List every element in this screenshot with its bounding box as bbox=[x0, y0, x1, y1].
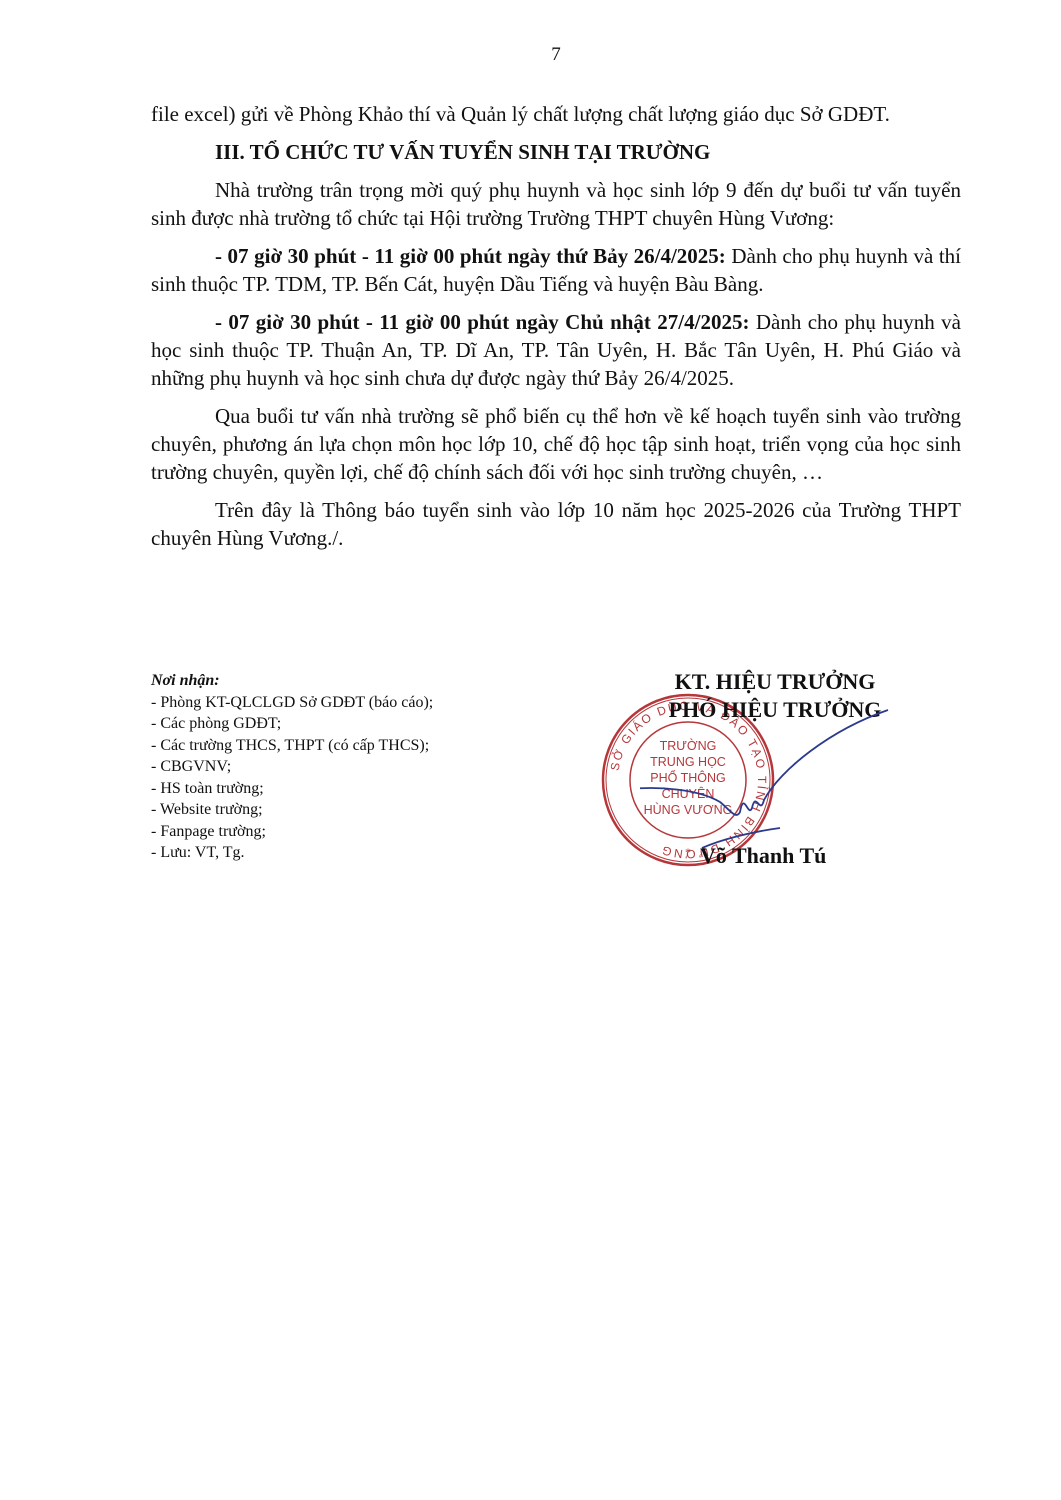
section-heading: III. TỔ CHỨC TƯ VẤN TUYỂN SINH TẠI TRƯỜN… bbox=[151, 138, 961, 166]
schedule-item: - 07 giờ 30 phút - 11 giờ 00 phút ngày t… bbox=[151, 242, 961, 298]
signer-name: Võ Thanh Tú bbox=[700, 843, 826, 869]
recipient-item: - Phòng KT-QLCLGD Sở GDĐT (báo cáo); bbox=[151, 692, 433, 714]
recipient-item: - CBGVNV; bbox=[151, 756, 433, 778]
paragraph: Trên đây là Thông báo tuyển sinh vào lớp… bbox=[151, 496, 961, 552]
paragraph: file excel) gửi về Phòng Khảo thí và Quả… bbox=[151, 100, 961, 128]
recipient-item: - HS toàn trường; bbox=[151, 778, 433, 800]
schedule-item: - 07 giờ 30 phút - 11 giờ 00 phút ngày C… bbox=[151, 308, 961, 392]
schedule-time: - 07 giờ 30 phút - 11 giờ 00 phút ngày C… bbox=[215, 310, 749, 334]
paragraph: Nhà trường trân trọng mời quý phụ huynh … bbox=[151, 176, 961, 232]
recipient-item: - Fanpage trường; bbox=[151, 821, 433, 843]
recipient-item: - Lưu: VT, Tg. bbox=[151, 842, 433, 864]
document-body: file excel) gửi về Phòng Khảo thí và Quả… bbox=[151, 100, 961, 562]
recipient-item: - Các phòng GDĐT; bbox=[151, 713, 433, 735]
paragraph: Qua buổi tư vấn nhà trường sẽ phổ biến c… bbox=[151, 402, 961, 486]
recipient-item: - Website trường; bbox=[151, 799, 433, 821]
page-number: 7 bbox=[0, 44, 1061, 66]
recipients-block: Nơi nhận: - Phòng KT-QLCLGD Sở GDĐT (báo… bbox=[151, 670, 433, 864]
recipients-title: Nơi nhận: bbox=[151, 670, 433, 692]
recipient-item: - Các trường THCS, THPT (có cấp THCS); bbox=[151, 735, 433, 757]
schedule-time: - 07 giờ 30 phút - 11 giờ 00 phút ngày t… bbox=[215, 244, 726, 268]
